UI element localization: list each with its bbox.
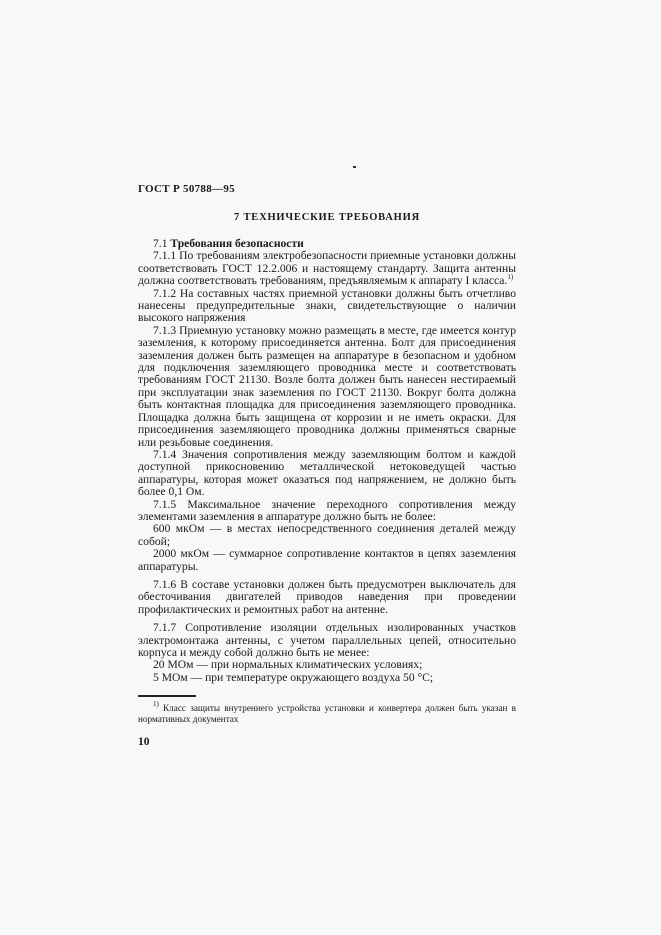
document-code: ГОСТ Р 50788—95 [138, 183, 235, 195]
paragraph-7-1-3: 7.1.3 Приемную установку можно размещать… [138, 325, 516, 449]
scan-speck [353, 166, 356, 168]
paragraph-text: 7.1.1 По требованиям электробезопасности… [138, 249, 516, 287]
paragraph-7-1-2: 7.1.2 На составных частях приемной устан… [138, 288, 516, 325]
footnote-marker: 1) [153, 700, 159, 708]
footnote-paragraph: 1) Класс защиты внутреннего устройства у… [138, 703, 516, 725]
list-item-2000-mkom: 2000 мкОм — суммарное сопротивление конт… [138, 548, 516, 573]
section-title: 7 ТЕХНИЧЕСКИЕ ТРЕБОВАНИЯ [138, 212, 516, 223]
footnote-divider [138, 695, 196, 697]
paragraph-7-1-4: 7.1.4 Значения сопротивления между зазем… [138, 449, 516, 499]
paragraph-7-1-1: 7.1.1 По требованиям электробезопасности… [138, 250, 516, 287]
subsection-title: Требования безопасности [170, 237, 303, 250]
section-body: 7.1 Требования безопасности 7.1.1 По тре… [138, 238, 516, 684]
footnote: 1) Класс защиты внутреннего устройства у… [138, 703, 516, 725]
page-number: 10 [138, 736, 150, 748]
paragraph-7-1-7: 7.1.7 Сопротивление изоляции отдельных и… [138, 622, 516, 659]
footnote-reference: 1) [507, 273, 513, 281]
list-item-20-mom: 20 МОм — при нормальных климатических ус… [138, 659, 516, 671]
list-item-5-mom: 5 МОм — при температуре окружающего возд… [138, 672, 516, 684]
list-item-600-mkom: 600 мкОм — в местах непосредственного со… [138, 523, 516, 548]
paragraph-7-1-5: 7.1.5 Максимальное значение переходного … [138, 499, 516, 524]
footnote-text: Класс защиты внутреннего устройства уста… [138, 703, 516, 724]
subsection-number: 7.1 [153, 237, 168, 250]
paragraph-7-1-6: 7.1.6 В составе установки должен быть пр… [138, 579, 516, 616]
